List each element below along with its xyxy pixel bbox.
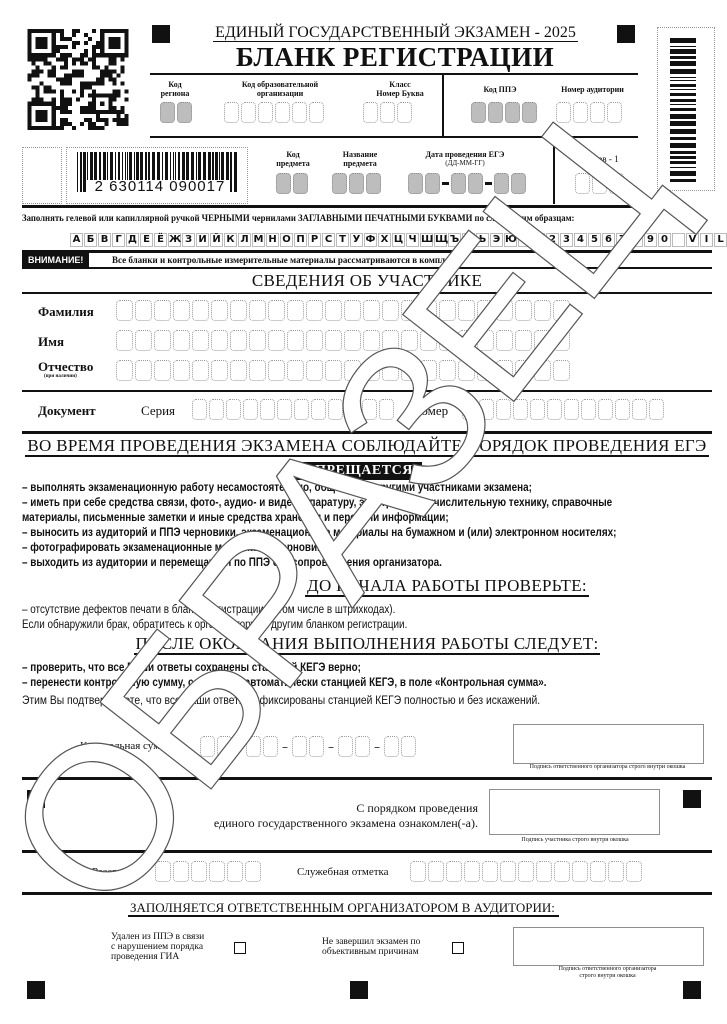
input-cell[interactable] <box>211 300 228 321</box>
input-cell[interactable] <box>477 300 494 321</box>
input-cell[interactable] <box>382 330 399 351</box>
rules-title: ВО ВРЕМЯ ПРОВЕДЕНИЯ ЭКЗАМЕНА СОБЛЮДАЙТЕ … <box>22 436 712 456</box>
reserve1-label: Резерв - 1 <box>565 155 635 164</box>
organizer-title-text: ЗАПОЛНЯЕТСЯ ОТВЕТСТВЕННЫМ ОРГАНИЗАТОРОМ … <box>128 900 559 917</box>
input-cell[interactable] <box>306 300 323 321</box>
after-note: Этим Вы подтверждаете, что все Ваши отве… <box>22 693 540 708</box>
removed-label-line1: Удален из ППЭ в связи <box>111 932 204 942</box>
input-cell[interactable] <box>556 102 571 123</box>
attention-badge: ВНИМАНИЕ! <box>22 253 89 267</box>
name-field[interactable] <box>116 330 572 351</box>
input-cell[interactable] <box>292 102 307 123</box>
input-cell[interactable] <box>581 399 596 420</box>
sample-character: Э <box>490 233 503 247</box>
divider <box>150 73 638 75</box>
registration-marker-bottom-right <box>683 981 701 999</box>
sample-character: З <box>182 233 195 247</box>
sample-character: Й <box>210 233 223 247</box>
qr-code <box>26 29 130 130</box>
ppe-code-field[interactable] <box>471 102 539 123</box>
input-cell[interactable] <box>287 330 304 351</box>
input-cell[interactable] <box>515 360 532 381</box>
input-cell[interactable] <box>209 861 225 882</box>
service-mark-field[interactable] <box>410 861 644 882</box>
input-cell[interactable] <box>173 300 190 321</box>
input-cell[interactable] <box>116 330 133 351</box>
input-cell[interactable] <box>458 360 475 381</box>
sample-character: О <box>280 233 293 247</box>
exam-title: ЕДИНЫЙ ГОСУДАРСТВЕННЫЙ ЭКЗАМЕН - 2025 <box>188 24 603 42</box>
input-cell[interactable] <box>564 399 579 420</box>
removed-label-line2: с нарушением порядка <box>111 942 204 952</box>
input-cell[interactable] <box>496 300 513 321</box>
subject-code-label: Код предмета <box>270 150 316 168</box>
input-cell[interactable] <box>362 399 377 420</box>
input-cell[interactable] <box>505 102 520 123</box>
input-cell[interactable] <box>553 360 570 381</box>
blank-box <box>22 147 62 204</box>
input-cell[interactable] <box>249 300 266 321</box>
service-mark-label: Служебная отметка <box>297 866 389 878</box>
input-cell[interactable] <box>401 360 418 381</box>
sample-character: Д <box>126 233 139 247</box>
input-cell[interactable] <box>258 102 273 123</box>
input-cell[interactable] <box>608 861 624 882</box>
input-cell[interactable] <box>488 102 503 123</box>
rules-title-text: ВО ВРЕМЯ ПРОВЕДЕНИЯ ЭКЗАМЕНА СОБЛЮДАЙТЕ … <box>25 436 708 457</box>
input-cell[interactable] <box>439 300 456 321</box>
input-cell[interactable] <box>471 102 486 123</box>
not-finished-checkbox[interactable] <box>452 942 464 954</box>
input-cell[interactable] <box>249 360 266 381</box>
reserve1-field[interactable] <box>575 173 626 194</box>
input-cell[interactable] <box>632 399 647 420</box>
region-code-field[interactable] <box>160 102 194 123</box>
input-cell[interactable] <box>268 330 285 351</box>
checksum-cell[interactable] <box>292 736 307 757</box>
sample-character: Л <box>238 233 251 247</box>
input-cell[interactable] <box>173 330 190 351</box>
input-cell[interactable] <box>241 102 256 123</box>
input-cell[interactable] <box>363 330 380 351</box>
input-cell[interactable] <box>496 399 511 420</box>
input-cell[interactable] <box>211 360 228 381</box>
checksum-separator: – <box>326 740 336 754</box>
input-cell[interactable] <box>345 399 360 420</box>
input-cell[interactable] <box>363 300 380 321</box>
registration-marker-top-left <box>152 25 170 43</box>
input-cell[interactable] <box>344 360 361 381</box>
input-cell[interactable] <box>154 300 171 321</box>
divider <box>22 292 712 294</box>
sample-character: Я <box>518 233 531 247</box>
attention-text: Все бланки и контрольные измерительные м… <box>112 253 463 267</box>
sample-character: Г <box>112 233 125 247</box>
document-label: Документ <box>38 403 96 419</box>
participant-section-title: СВЕДЕНИЯ ОБ УЧАСТНИКЕ <box>22 271 712 291</box>
input-cell[interactable] <box>325 360 342 381</box>
forbidden-list: – выполнять экзаменационную работу несам… <box>22 481 713 571</box>
series-field[interactable] <box>192 399 396 420</box>
registration-marker-top-right <box>617 25 635 43</box>
input-cell[interactable] <box>536 861 552 882</box>
sample-character: Ф <box>364 233 377 247</box>
exam-title-text: ЕДИНЫЙ ГОСУДАРСТВЕННЫЙ ЭКЗАМЕН - 2025 <box>213 24 578 42</box>
input-cell[interactable] <box>553 300 570 321</box>
input-cell[interactable] <box>649 399 664 420</box>
sample-character: 1 <box>532 233 545 247</box>
sample-character: В <box>98 233 111 247</box>
input-cell[interactable] <box>325 300 342 321</box>
input-cell[interactable] <box>260 399 275 420</box>
organizer-signature-caption-1: Подпись ответственного организатора стро… <box>505 764 710 770</box>
org-code-field[interactable] <box>224 102 326 123</box>
rule-item: – отсутствие дефектов печати в бланке ре… <box>22 603 407 618</box>
input-cell[interactable] <box>477 330 494 351</box>
rule-item: – выносить из аудиторий и ППЭ черновики,… <box>22 526 616 541</box>
auditorium-field[interactable] <box>556 102 624 123</box>
input-cell[interactable] <box>515 330 532 351</box>
sample-character: А <box>70 233 83 247</box>
divider <box>22 892 712 895</box>
class-label-line1: Класс <box>360 80 440 89</box>
class-label: Класс Номер Буква <box>360 80 440 98</box>
input-cell[interactable] <box>410 861 426 882</box>
check-title-text: ДО НАЧАЛА РАБОТЫ ПРОВЕРЬТЕ: <box>305 576 589 597</box>
input-cell[interactable] <box>615 399 630 420</box>
divider <box>442 73 444 137</box>
checksum-label: Контрольная сумма <box>80 740 172 752</box>
input-cell[interactable] <box>116 360 133 381</box>
checksum-field[interactable]: –––– <box>200 736 418 757</box>
sample-character: Ы <box>462 233 475 247</box>
sample-character: Ё <box>154 233 167 247</box>
input-cell[interactable] <box>534 360 551 381</box>
subject-name-label: Название предмета <box>330 150 390 168</box>
input-cell[interactable] <box>344 330 361 351</box>
sample-character <box>672 233 685 247</box>
forbidden-badge: ЗАПРЕЩАЕТСЯ: <box>293 462 422 480</box>
input-cell[interactable] <box>496 330 513 351</box>
fill-rule-text: Заполнять гелевой или капиллярной ручкой… <box>22 214 657 224</box>
organizer-signature-box-1[interactable] <box>513 724 704 764</box>
barcode: 2 630114 090017 <box>66 147 248 204</box>
rule-item: – проверить, что все Ваши ответы сохране… <box>22 661 547 676</box>
rule-item: – выходить из аудитории и перемещаться п… <box>22 556 616 571</box>
input-cell[interactable] <box>230 300 247 321</box>
number-field[interactable] <box>462 399 666 420</box>
input-cell[interactable] <box>287 360 304 381</box>
exam-date-field[interactable] <box>408 173 528 194</box>
surname-label: Фамилия <box>38 304 94 320</box>
input-cell[interactable] <box>344 300 361 321</box>
input-cell[interactable] <box>547 399 562 420</box>
input-cell[interactable] <box>243 399 258 420</box>
participant-signature-caption: Подпись участника строго внутри окошка <box>485 837 665 843</box>
sample-character: 4 <box>574 233 587 247</box>
checksum-separator: – <box>372 740 382 754</box>
organizer-section-title: ЗАПОЛНЯЕТСЯ ОТВЕТСТВЕННЫМ ОРГАНИЗАТОРОМ … <box>128 900 559 916</box>
input-cell[interactable] <box>211 330 228 351</box>
number-label: Номер <box>412 403 448 419</box>
input-cell[interactable] <box>382 300 399 321</box>
class-field[interactable] <box>363 102 414 123</box>
divider <box>22 850 712 853</box>
sample-character: Ж <box>168 233 181 247</box>
checksum-cell[interactable] <box>401 736 416 757</box>
input-cell[interactable] <box>496 360 513 381</box>
input-cell[interactable] <box>135 300 152 321</box>
patronymic-note: (при наличии) <box>44 374 77 379</box>
input-cell[interactable] <box>363 360 380 381</box>
class-label-line2: Номер Буква <box>360 89 440 98</box>
input-cell[interactable] <box>191 861 207 882</box>
reserve2-field[interactable] <box>155 861 263 882</box>
patronymic-field[interactable] <box>116 360 572 381</box>
input-cell[interactable] <box>294 399 309 420</box>
registration-marker-bottom-mid <box>350 981 368 999</box>
input-cell[interactable] <box>135 330 152 351</box>
removed-label: Удален из ППЭ в связи с нарушением поряд… <box>111 932 204 962</box>
sample-character: М <box>252 233 265 247</box>
checksum-cell[interactable] <box>338 736 353 757</box>
checksum-cell[interactable] <box>217 736 232 757</box>
sample-character: Б <box>84 233 97 247</box>
input-cell[interactable] <box>287 300 304 321</box>
input-cell[interactable] <box>245 861 261 882</box>
region-code-label: Код региона <box>155 80 195 98</box>
sample-character: V <box>686 233 699 247</box>
rule-item: Если обнаружили брак, обратитесь к орган… <box>22 618 407 633</box>
ppe-code-label: Код ППЭ <box>465 85 535 94</box>
input-cell[interactable] <box>173 861 189 882</box>
input-cell[interactable] <box>522 102 537 123</box>
name-label: Имя <box>38 334 64 350</box>
input-cell[interactable] <box>192 360 209 381</box>
input-cell[interactable] <box>192 399 207 420</box>
check-list: – отсутствие дефектов печати в бланке ре… <box>22 603 470 633</box>
sample-character: Х <box>378 233 391 247</box>
checksum-separator: – <box>280 740 290 754</box>
rule-item: – выполнять экзаменационную работу несам… <box>22 481 616 496</box>
input-cell[interactable] <box>173 360 190 381</box>
input-cell[interactable] <box>382 360 399 381</box>
input-cell[interactable] <box>268 360 285 381</box>
input-cell[interactable] <box>572 861 588 882</box>
barcode-number: 2 630114 090017 <box>75 178 245 195</box>
check-title: ДО НАЧАЛА РАБОТЫ ПРОВЕРЬТЕ: <box>22 576 712 596</box>
input-cell[interactable] <box>230 360 247 381</box>
reserve2-label: Резерв - 2 <box>92 866 138 878</box>
rule-item: – фотографировать экзаменационные матери… <box>22 541 616 556</box>
input-cell[interactable] <box>311 399 326 420</box>
surname-field[interactable] <box>116 300 572 321</box>
subject-code-field[interactable] <box>276 173 310 194</box>
sample-character: 6 <box>602 233 615 247</box>
input-cell[interactable] <box>530 399 545 420</box>
checksum-cell[interactable] <box>384 736 399 757</box>
input-cell[interactable] <box>534 300 551 321</box>
exam-date-label: Дата проведения ЕГЭ (ДД-ММ-ГГ) <box>400 150 530 168</box>
input-cell[interactable] <box>439 360 456 381</box>
sample-character: L <box>714 233 727 247</box>
input-cell[interactable] <box>325 330 342 351</box>
organizer-signature-caption-2-line1: Подпись ответственного организатора <box>513 966 702 973</box>
input-cell[interactable] <box>224 102 239 123</box>
sample-character: И <box>196 233 209 247</box>
registration-marker-mid-left <box>27 790 45 808</box>
after-title-text: ПОСЛЕ ОКОНЧАНИЯ ВЫПОЛНЕНИЯ РАБОТЫ СЛЕДУЕ… <box>134 634 601 655</box>
divider <box>553 136 555 204</box>
input-cell[interactable] <box>590 861 606 882</box>
input-cell[interactable] <box>458 330 475 351</box>
input-cell[interactable] <box>249 330 266 351</box>
input-cell[interactable] <box>397 102 412 123</box>
sample-character: Ю <box>504 233 517 247</box>
input-cell[interactable] <box>209 399 224 420</box>
divider <box>22 390 712 392</box>
checksum-cell[interactable] <box>263 736 278 757</box>
organizer-signature-caption-2-line2: строго внутри окошка <box>513 973 702 980</box>
sample-character: 2 <box>546 233 559 247</box>
divider <box>22 431 712 434</box>
input-cell[interactable] <box>446 861 462 882</box>
subject-name-field[interactable] <box>332 173 383 194</box>
sample-character: Ш <box>420 233 433 247</box>
org-code-label: Код образовательной организации <box>225 80 335 98</box>
input-cell[interactable] <box>277 399 292 420</box>
divider <box>22 777 712 780</box>
input-cell[interactable] <box>268 300 285 321</box>
auditorium-label: Номер аудитории <box>550 85 635 94</box>
sample-character: Е <box>140 233 153 247</box>
after-list: – проверить, что все Ваши ответы сохране… <box>22 661 632 691</box>
sample-characters: АБВГДЕЁЖЗИЙКЛМНОПРСТУФХЦЧШЩЪЫЬЭЮЯ1234567… <box>70 229 727 248</box>
input-cell[interactable] <box>420 330 437 351</box>
sample-character: 7 <box>616 233 629 247</box>
input-cell[interactable] <box>135 360 152 381</box>
input-cell[interactable] <box>534 330 551 351</box>
input-cell[interactable] <box>420 300 437 321</box>
input-cell[interactable] <box>428 861 444 882</box>
input-cell[interactable] <box>573 102 588 123</box>
participant-signature-box[interactable] <box>489 789 660 835</box>
sample-character: Ь <box>476 233 489 247</box>
input-cell[interactable] <box>401 300 418 321</box>
input-cell[interactable] <box>154 330 171 351</box>
sample-character: Ц <box>392 233 405 247</box>
checksum-cell[interactable] <box>200 736 215 757</box>
input-cell[interactable] <box>363 102 378 123</box>
input-cell[interactable] <box>626 861 642 882</box>
checksum-cell[interactable] <box>309 736 324 757</box>
input-cell[interactable] <box>482 861 498 882</box>
input-cell[interactable] <box>154 360 171 381</box>
input-cell[interactable] <box>554 861 570 882</box>
checksum-cell[interactable] <box>246 736 261 757</box>
sample-character: 5 <box>588 233 601 247</box>
input-cell[interactable] <box>464 861 480 882</box>
input-cell[interactable] <box>116 300 133 321</box>
sample-character: 3 <box>560 233 573 247</box>
patronymic-label: Отчество <box>38 359 93 375</box>
sample-character: У <box>350 233 363 247</box>
input-cell[interactable] <box>515 300 532 321</box>
input-cell[interactable] <box>230 330 247 351</box>
input-cell[interactable] <box>458 300 475 321</box>
exam-date-format: (ДД-ММ-ГГ) <box>400 159 530 168</box>
input-cell[interactable] <box>439 330 456 351</box>
input-cell[interactable] <box>590 102 605 123</box>
input-cell[interactable] <box>607 102 622 123</box>
sample-character: Р <box>308 233 321 247</box>
input-cell[interactable] <box>553 330 570 351</box>
sample-character: 9 <box>644 233 657 247</box>
input-cell[interactable] <box>227 861 243 882</box>
sample-character: I <box>700 233 713 247</box>
input-cell[interactable] <box>275 102 290 123</box>
input-cell[interactable] <box>598 399 613 420</box>
removed-checkbox[interactable] <box>234 942 246 954</box>
input-cell[interactable] <box>479 399 494 420</box>
input-cell[interactable] <box>328 399 343 420</box>
input-cell[interactable] <box>379 399 394 420</box>
not-finished-label-line1: Не завершил экзамен по <box>322 937 420 947</box>
sample-character: 8 <box>630 233 643 247</box>
sample-character: С <box>322 233 335 247</box>
sample-character: 0 <box>658 233 671 247</box>
input-cell[interactable] <box>380 102 395 123</box>
input-cell[interactable] <box>420 360 437 381</box>
checksum-cell[interactable] <box>355 736 370 757</box>
divider <box>150 136 638 138</box>
not-finished-label: Не завершил экзамен по объективным причи… <box>322 937 420 957</box>
attention-bar: ВНИМАНИЕ! Все бланки и контрольные измер… <box>22 250 712 269</box>
input-cell[interactable] <box>192 300 209 321</box>
rule-item: – иметь при себе средства связи, фото-, … <box>22 496 616 511</box>
input-cell[interactable] <box>306 330 323 351</box>
sample-character: Ч <box>406 233 419 247</box>
input-cell[interactable] <box>500 861 516 882</box>
rule-item: материалы, письменные заметки и иные сре… <box>22 511 616 526</box>
divider <box>22 205 638 208</box>
after-title: ПОСЛЕ ОКОНЧАНИЯ ВЫПОЛНЕНИЯ РАБОТЫ СЛЕДУЕ… <box>22 634 712 654</box>
organizer-signature-box-2[interactable] <box>513 927 704 966</box>
sample-character: Н <box>266 233 279 247</box>
sample-character: П <box>294 233 307 247</box>
removed-label-line3: проведения ГИА <box>111 952 204 962</box>
sample-character: Щ <box>434 233 447 247</box>
acknowledgement-line1: С порядком проведения <box>280 801 478 816</box>
sample-character: К <box>224 233 237 247</box>
sample-character: Ъ <box>448 233 461 247</box>
input-cell[interactable] <box>462 399 477 420</box>
input-cell[interactable] <box>155 861 171 882</box>
input-cell[interactable] <box>401 330 418 351</box>
input-cell[interactable] <box>518 861 534 882</box>
input-cell[interactable] <box>309 102 324 123</box>
vertical-barcode <box>657 27 715 191</box>
input-cell[interactable] <box>477 360 494 381</box>
organizer-signature-caption-2: Подпись ответственного организатора стро… <box>513 966 702 980</box>
input-cell[interactable] <box>513 399 528 420</box>
input-cell[interactable] <box>192 330 209 351</box>
input-cell[interactable] <box>226 399 241 420</box>
exam-date-label-text: Дата проведения ЕГЭ <box>400 150 530 159</box>
input-cell[interactable] <box>306 360 323 381</box>
sample-character: Т <box>336 233 349 247</box>
not-finished-label-line2: объективным причинам <box>322 947 420 957</box>
